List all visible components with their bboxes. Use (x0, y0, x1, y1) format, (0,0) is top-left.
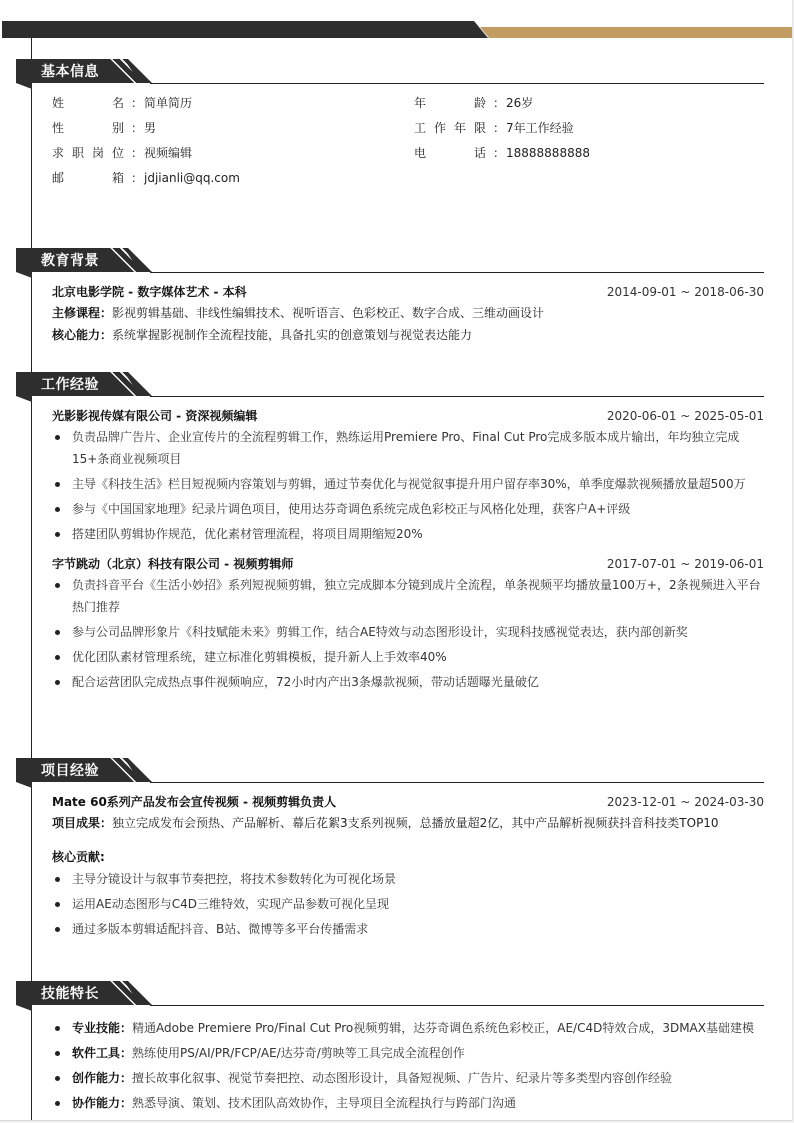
info-value: 视频编辑 (144, 144, 192, 162)
basic-info-left: 姓名 ： 简单简历 性别 ： 男 求职岗位 ： 视频编辑 (52, 94, 414, 187)
label-char: 位 (112, 144, 124, 162)
info-row-experience: 工作年限 ： 7年工作经验 (414, 119, 744, 137)
info-label: 求职岗位 (52, 144, 124, 162)
info-value: 26岁 (506, 94, 533, 112)
job-entry: 光影影视传媒有限公司 - 资深视频编辑 2020-06-01 ~ 2025-05… (52, 406, 764, 545)
skill-label: 创作能力： (72, 1071, 132, 1085)
date-range: 2017-07-01 ~ 2019-06-01 (607, 554, 764, 574)
label-char: 话 (474, 144, 486, 162)
courses-label: 主修课程： (52, 306, 112, 320)
section-education: 教育背景 北京电影学院 - 数字媒体艺术 - 本科 2014-09-01 ~ 2… (0, 248, 793, 346)
colon: ： (130, 94, 144, 112)
skill-text: 精通Adobe Premiere Pro/Final Cut Pro视频剪辑，达… (132, 1021, 754, 1035)
colon: ： (130, 169, 144, 187)
info-label: 电话 (414, 144, 486, 162)
job-title: 字节跳动（北京）科技有限公司 - 视频剪辑师 (52, 554, 293, 574)
date-range: 2014-09-01 ~ 2018-06-30 (607, 282, 764, 302)
info-label: 工作年限 (414, 119, 486, 137)
contrib-label: 核心贡献: (52, 850, 105, 864)
list-item: 专业技能：精通Adobe Premiere Pro/Final Cut Pro视… (52, 1017, 764, 1039)
education-entry-header: 北京电影学院 - 数字媒体艺术 - 本科 2014-09-01 ~ 2018-0… (52, 282, 764, 302)
email-value: jdjianli@qq.com (144, 169, 240, 187)
label-char: 作 (434, 119, 446, 137)
label-char: 职 (72, 144, 84, 162)
job-title: 光影影视传媒有限公司 - 资深视频编辑 (52, 406, 257, 426)
info-row-gender: 性别 ： 男 (52, 119, 414, 137)
section-title: 技能特长 (41, 983, 99, 1003)
colon: ： (492, 94, 506, 112)
label-char: 岗 (92, 144, 104, 162)
info-label: 姓名 (52, 94, 124, 112)
date-range: 2023-12-01 ~ 2024-03-30 (607, 792, 764, 812)
list-item: 创作能力：擅长故事化叙事、视觉节奏把控、动态图形设计，具备短视频、广告片、纪录片… (52, 1067, 764, 1089)
project-header: Mate 60系列产品发布会宣传视频 - 视频剪辑负责人 2023-12-01 … (52, 792, 764, 812)
section-header: 教育背景 (0, 248, 793, 274)
job-header: 字节跳动（北京）科技有限公司 - 视频剪辑师 2017-07-01 ~ 2019… (52, 554, 764, 574)
section-header: 项目经验 (0, 758, 793, 784)
info-label: 年龄 (414, 94, 486, 112)
contrib-heading: 核心贡献: (52, 846, 764, 868)
phone-value: 18888888888 (506, 144, 590, 162)
list-item: 软件工具：熟练使用PS/AI/PR/FCP/AE/达芬奇/剪映等工具完成全流程创… (52, 1042, 764, 1064)
skill-text: 熟悉导演、策划、技术团队高效协作，主导项目全流程执行与跨部门沟通 (132, 1096, 516, 1110)
resume-page: 基本信息 姓名 ： 简单简历 性别 ： 男 求职岗位 (0, 0, 793, 1121)
label-char: 箱 (112, 169, 124, 187)
project-title: Mate 60系列产品发布会宣传视频 - 视频剪辑负责人 (52, 792, 336, 812)
info-label: 性别 (52, 119, 124, 137)
skill-label: 协作能力： (72, 1096, 132, 1110)
section-rule (150, 396, 764, 397)
list-item: 运用AE动态图形与C4D三维特效，实现产品参数可视化呈现 (52, 893, 764, 915)
colon: ： (130, 119, 144, 137)
section-header: 技能特长 (0, 981, 793, 1007)
courses-text: 影视剪辑基础、非线性编辑技术、视听语言、色彩校正、数字合成、三维动画设计 (112, 306, 544, 320)
info-value: 男 (144, 119, 156, 137)
label-char: 性 (52, 119, 64, 137)
label-char: 名 (112, 94, 124, 112)
top-banner-dark (2, 21, 488, 38)
basic-info-right: 年龄 ： 26岁 工作年限 ： 7年工作经验 电话 ： 18888888888 (414, 94, 744, 187)
section-title: 基本信息 (41, 61, 99, 81)
info-row-position: 求职岗位 ： 视频编辑 (52, 144, 414, 162)
info-row-name: 姓名 ： 简单简历 (52, 94, 414, 112)
basic-info-grid: 姓名 ： 简单简历 性别 ： 男 求职岗位 ： 视频编辑 (52, 94, 764, 187)
ability-label: 核心能力： (52, 328, 112, 342)
section-rule (150, 272, 764, 273)
courses-line: 主修课程：影视剪辑基础、非线性编辑技术、视听语言、色彩校正、数字合成、三维动画设… (52, 302, 764, 324)
skill-label: 专业技能： (72, 1021, 132, 1035)
list-item: 负责品牌广告片、企业宣传片的全流程剪辑工作，熟练运用Premiere Pro、F… (52, 426, 764, 470)
result-text: 独立完成发布会预热、产品解析、幕后花絮3支系列视频，总播放量超2亿，其中产品解析… (112, 816, 719, 830)
project-bullets: 主导分镜设计与叙事节奏把控，将技术参数转化为可视化场景 运用AE动态图形与C4D… (52, 868, 764, 940)
list-item: 负责抖音平台《生活小妙招》系列短视频剪辑，独立完成脚本分镜到成片全流程，单条视频… (52, 574, 764, 618)
top-banner-gold (480, 27, 793, 38)
project-result-line: 项目成果：独立完成发布会预热、产品解析、幕后花絮3支系列视频，总播放量超2亿，其… (52, 812, 764, 834)
section-title: 工作经验 (41, 374, 99, 394)
ability-text: 系统掌握影视制作全流程技能，具备扎实的创意策划与视觉表达能力 (112, 328, 472, 342)
section-rule (150, 83, 764, 84)
section-header: 基本信息 (0, 59, 793, 85)
list-item: 参与《中国国家地理》纪录片调色项目，使用达芬奇调色系统完成色彩校正与风格化处理，… (52, 498, 764, 520)
label-char: 限 (474, 119, 486, 137)
list-item: 协作能力：熟悉导演、策划、技术团队高效协作，主导项目全流程执行与跨部门沟通 (52, 1092, 764, 1114)
date-range: 2020-06-01 ~ 2025-05-01 (607, 406, 764, 426)
label-char: 年 (414, 94, 426, 112)
section-project-experience: 项目经验 Mate 60系列产品发布会宣传视频 - 视频剪辑负责人 2023-1… (0, 758, 793, 943)
info-value: 7年工作经验 (506, 119, 574, 137)
result-label: 项目成果： (52, 816, 112, 830)
skills-bullets: 专业技能：精通Adobe Premiere Pro/Final Cut Pro视… (52, 1017, 764, 1114)
ability-line: 核心能力：系统掌握影视制作全流程技能，具备扎实的创意策划与视觉表达能力 (52, 324, 764, 346)
label-char: 年 (454, 119, 466, 137)
colon: ： (492, 144, 506, 162)
job-entry: 字节跳动（北京）科技有限公司 - 视频剪辑师 2017-07-01 ~ 2019… (52, 554, 764, 693)
section-header: 工作经验 (0, 372, 793, 398)
skill-text: 熟练使用PS/AI/PR/FCP/AE/达芬奇/剪映等工具完成全流程创作 (132, 1046, 465, 1060)
info-row-email: 邮箱 ： jdjianli@qq.com (52, 169, 414, 187)
list-item: 参与公司品牌形象片《科技赋能未来》剪辑工作，结合AE特效与动态图形设计，实现科技… (52, 621, 764, 643)
info-value: 简单简历 (144, 94, 192, 112)
skill-text: 擅长故事化叙事、视觉节奏把控、动态图形设计，具备短视频、广告片、纪录片等多类型内… (132, 1071, 672, 1085)
list-item: 优化团队素材管理系统，建立标准化剪辑模板，提升新人上手效率40% (52, 646, 764, 668)
label-char: 姓 (52, 94, 64, 112)
list-item: 通过多版本剪辑适配抖音、B站、微博等多平台传播需求 (52, 918, 764, 940)
section-rule (150, 782, 764, 783)
list-item: 搭建团队剪辑协作规范，优化素材管理流程，将项目周期缩短20% (52, 523, 764, 545)
info-label: 邮箱 (52, 169, 124, 187)
label-char: 电 (414, 144, 426, 162)
job-bullets: 负责品牌广告片、企业宣传片的全流程剪辑工作，熟练运用Premiere Pro、F… (52, 426, 764, 545)
job-bullets: 负责抖音平台《生活小妙招》系列短视频剪辑，独立完成脚本分镜到成片全流程，单条视频… (52, 574, 764, 693)
label-char: 龄 (474, 94, 486, 112)
skill-label: 软件工具： (72, 1046, 132, 1060)
list-item: 主导分镜设计与叙事节奏把控，将技术参数转化为可视化场景 (52, 868, 764, 890)
section-basic-info: 基本信息 姓名 ： 简单简历 性别 ： 男 求职岗位 (0, 59, 793, 187)
colon: ： (492, 119, 506, 137)
list-item: 配合运营团队完成热点事件视频响应，72小时内产出3条爆款视频，带动话题曝光量破亿 (52, 671, 764, 693)
school-title: 北京电影学院 - 数字媒体艺术 - 本科 (52, 282, 247, 302)
section-work-experience: 工作经验 光影影视传媒有限公司 - 资深视频编辑 2020-06-01 ~ 20… (0, 372, 793, 696)
info-row-age: 年龄 ： 26岁 (414, 94, 744, 112)
section-title: 项目经验 (41, 760, 99, 780)
section-rule (150, 1005, 764, 1006)
section-title: 教育背景 (41, 250, 99, 270)
label-char: 邮 (52, 169, 64, 187)
label-char: 别 (112, 119, 124, 137)
info-row-phone: 电话 ： 18888888888 (414, 144, 744, 162)
list-item: 主导《科技生活》栏目短视频内容策划与剪辑，通过节奏优化与视觉叙事提升用户留存率3… (52, 473, 764, 495)
section-skills: 技能特长 专业技能：精通Adobe Premiere Pro/Final Cut… (0, 981, 793, 1117)
colon: ： (130, 144, 144, 162)
job-header: 光影影视传媒有限公司 - 资深视频编辑 2020-06-01 ~ 2025-05… (52, 406, 764, 426)
label-char: 工 (414, 119, 426, 137)
label-char: 求 (52, 144, 64, 162)
